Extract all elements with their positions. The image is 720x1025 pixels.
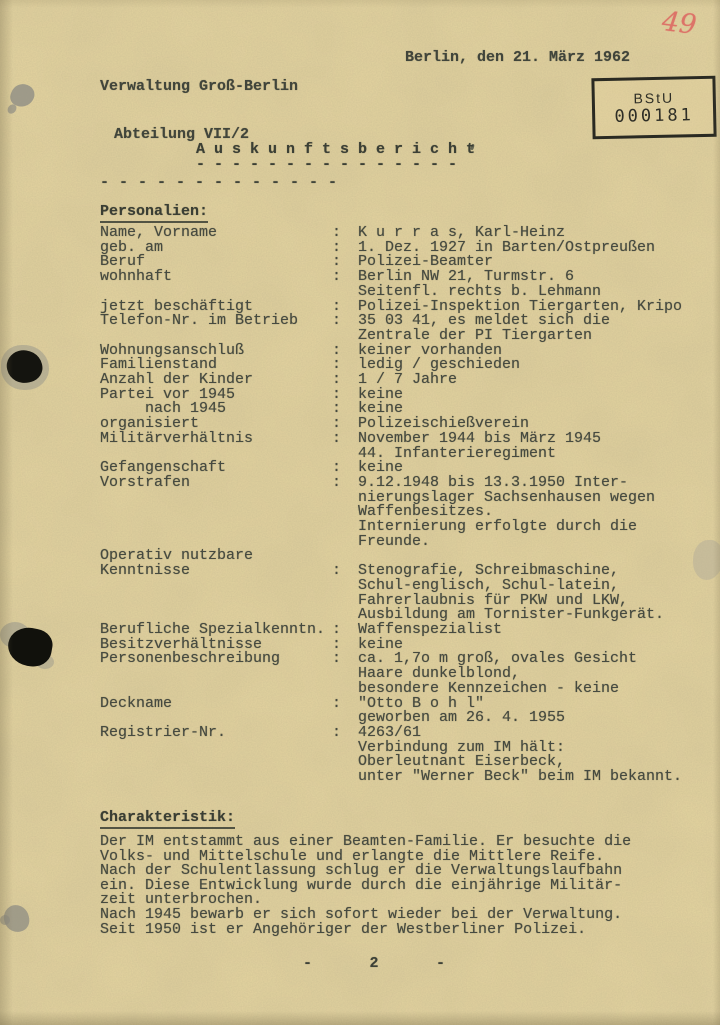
- row-value: unter "Werner Beck" beim IM bekannt.: [358, 770, 700, 785]
- ink-blot-bottom-left: [2, 903, 31, 934]
- row-label: Militärverhältnis: [100, 432, 332, 447]
- footer-page-number: 2: [369, 955, 378, 972]
- row-label: [100, 755, 332, 770]
- row-colon: [332, 755, 358, 770]
- row-label: Telefon-Nr. im Betrieb: [100, 314, 332, 329]
- row-label: [100, 741, 332, 756]
- row-colon: [332, 491, 358, 506]
- personalien-row: unter "Werner Beck" beim IM bekannt.: [100, 770, 700, 785]
- stamp-serial-number: 000181: [614, 105, 694, 127]
- row-value: Freunde.: [358, 535, 700, 550]
- footer-dash-right: -: [436, 955, 445, 972]
- personalien-heading: Personalien:: [100, 203, 208, 223]
- document-page: Verwaltung Groß-Berlin Abteilung VII/2 -…: [0, 0, 720, 1025]
- office-dashed-underline: - - - - - - - - - - - - -: [100, 175, 338, 191]
- row-colon: [332, 520, 358, 535]
- issuing-office-block: Verwaltung Groß-Berlin Abteilung VII/2 -…: [100, 47, 338, 223]
- row-colon: [332, 594, 358, 609]
- row-colon: :: [332, 697, 358, 712]
- stamp-agency-label: BStU: [633, 89, 674, 106]
- row-label: [100, 667, 332, 682]
- punch-hole-upper: [4, 346, 46, 386]
- row-label: [100, 594, 332, 609]
- row-value: Waffenspezialist: [358, 623, 700, 638]
- row-label: [100, 505, 332, 520]
- row-colon: :: [332, 270, 358, 285]
- ink-blot-bottom-left-tail: [0, 915, 10, 925]
- punch-hole-smudge-lower-b: [36, 655, 54, 669]
- office-line-1: Verwaltung Groß-Berlin: [100, 79, 338, 95]
- date-line: Berlin, den 21. März 1962: [405, 49, 630, 66]
- row-label: Registrier-Nr.: [100, 726, 332, 741]
- footer-dash-left: -: [303, 955, 312, 972]
- row-colon: [332, 579, 358, 594]
- row-label: wohnhaft: [100, 270, 332, 285]
- charakteristik-line: Seit 1950 ist er Angehöriger der Westber…: [100, 923, 700, 938]
- punch-hole-lower: [5, 624, 55, 669]
- row-label: [100, 520, 332, 535]
- row-value: 1 / 7 Jahre: [358, 373, 700, 388]
- charakteristik-heading: Charakteristik:: [100, 809, 235, 829]
- charakteristik-paragraph: Der IM entstammt aus einer Beamten-Famil…: [100, 835, 700, 937]
- row-label: [100, 770, 332, 785]
- personalien-table: Name, Vorname:K u r r a s, Karl-Heinzgeb…: [100, 226, 700, 785]
- page-number-footer: - 2 -: [303, 955, 445, 972]
- row-label: Kenntnisse: [100, 564, 332, 579]
- punch-hole-smudge-upper: [1, 345, 49, 390]
- row-label: [100, 579, 332, 594]
- row-colon: :: [332, 652, 358, 667]
- row-label: Deckname: [100, 697, 332, 712]
- row-label: Vorstrafen: [100, 476, 332, 491]
- row-colon: [332, 667, 358, 682]
- row-label: [100, 491, 332, 506]
- row-label: Personenbeschreibung: [100, 652, 332, 667]
- row-colon: :: [332, 314, 358, 329]
- row-colon: [332, 505, 358, 520]
- row-colon: :: [332, 476, 358, 491]
- row-colon: :: [332, 726, 358, 741]
- ink-blot-top-left-tail: [6, 103, 19, 116]
- handwritten-page-number: 49: [660, 6, 698, 41]
- row-colon: :: [332, 564, 358, 579]
- punch-hole-smudge-lower: [0, 622, 30, 648]
- bstu-archive-stamp: BStU 000181: [591, 76, 716, 140]
- row-value: 44. Infanterieregiment: [358, 447, 700, 462]
- row-colon: :: [332, 432, 358, 447]
- row-colon: [332, 535, 358, 550]
- ink-blot-top-left: [8, 81, 37, 110]
- document-title-underline: - - - - - - - - - - - - - - -: [196, 156, 457, 173]
- row-colon: [332, 741, 358, 756]
- row-colon: [332, 770, 358, 785]
- row-value: keine: [358, 388, 700, 403]
